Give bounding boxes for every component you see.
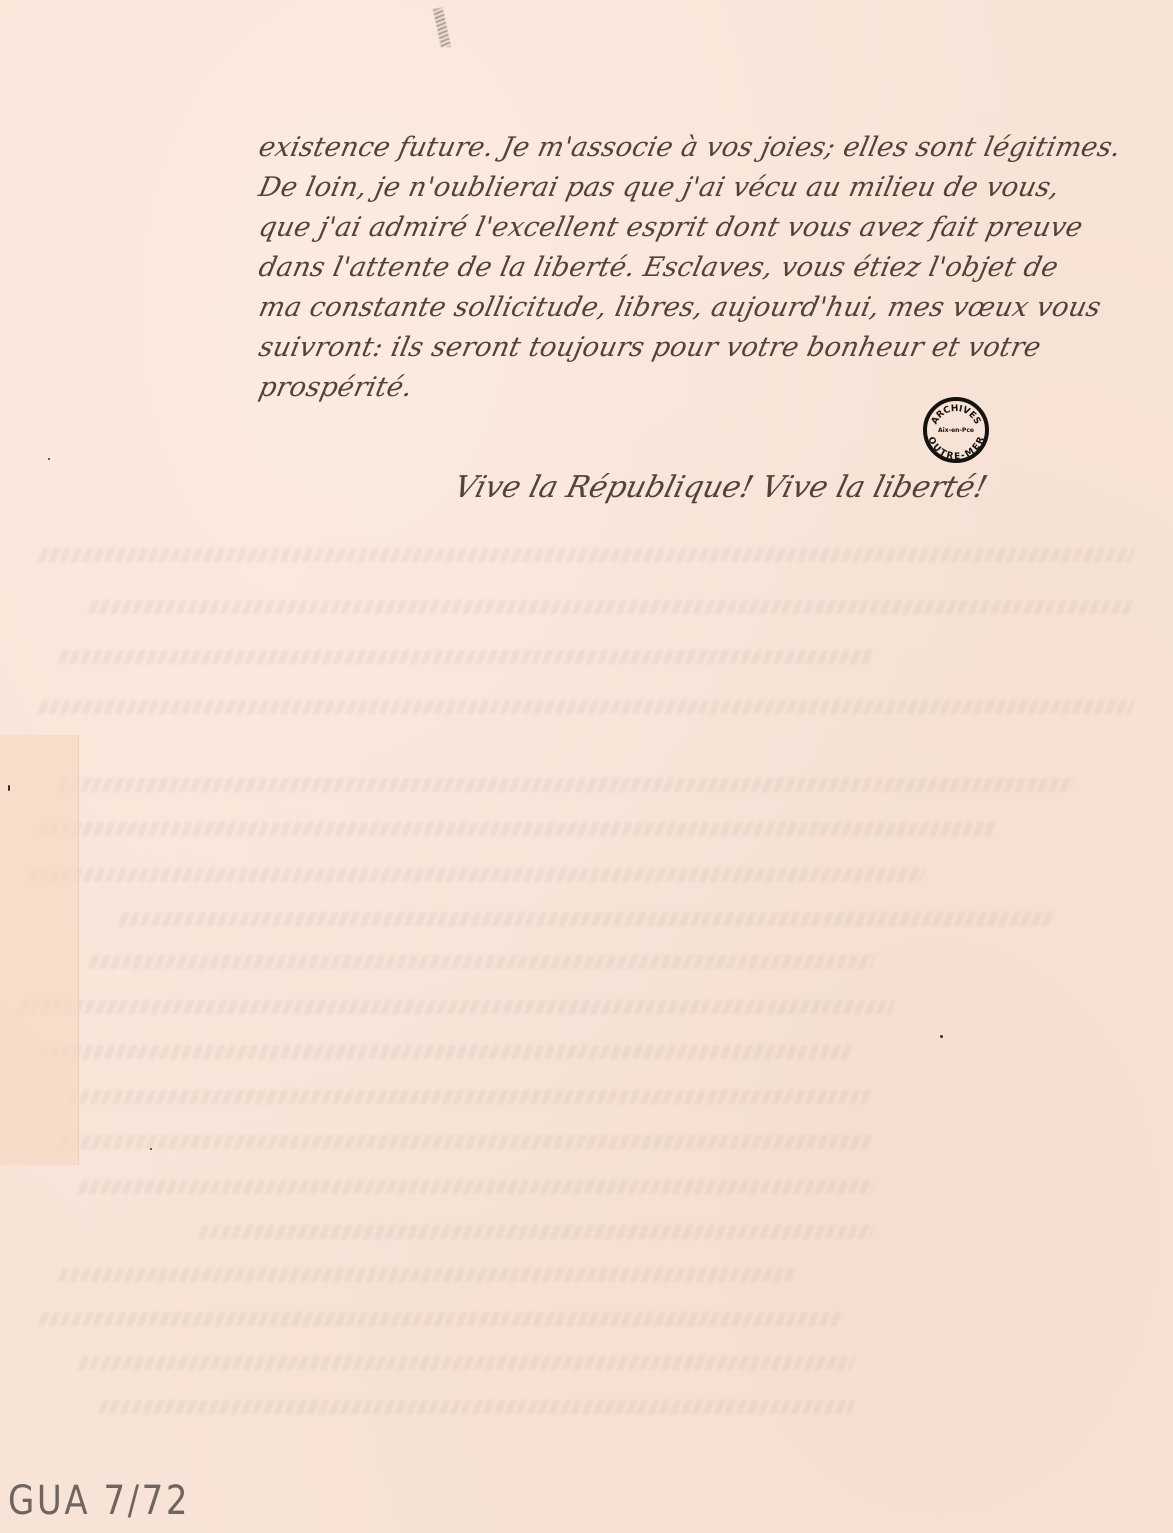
- stamp-top-text: ARCHIVES: [930, 404, 982, 426]
- paper-overlay-strip: [0, 735, 79, 1165]
- manuscript-line: que j'ai admiré l'excellent esprit dont …: [255, 208, 1173, 248]
- bleed-through-line: [37, 1312, 845, 1326]
- bleed-through-line: [117, 912, 1055, 926]
- bleed-through-line: [87, 600, 1135, 614]
- paper-speck: [48, 458, 50, 460]
- paper-speck: [940, 1035, 943, 1038]
- paper-speck: [150, 1148, 152, 1150]
- manuscript-page: existence future. Je m'associe à vos joi…: [0, 0, 1173, 1533]
- archive-call-number: GUA 7/72: [8, 1478, 190, 1524]
- bleed-through-line: [37, 700, 1135, 714]
- bleed-through-line: [197, 1225, 875, 1239]
- bleed-through-line: [67, 1090, 875, 1104]
- svg-text:ARCHIVES: ARCHIVES: [930, 404, 982, 426]
- closing-salutation: Vive la République! Vive la liberté!: [451, 470, 991, 505]
- manuscript-line: dans l'attente de la liberté. Esclaves, …: [255, 248, 1173, 288]
- bleed-through-line: [77, 1180, 875, 1194]
- ink-smudge-mark: [433, 7, 451, 48]
- bleed-through-line: [97, 1400, 855, 1414]
- manuscript-line: De loin, je n'oublierai pas que j'ai véc…: [255, 168, 1173, 208]
- bleed-through-line: [57, 650, 875, 664]
- bleed-through-line: [37, 822, 995, 836]
- bleed-through-line: [57, 778, 1075, 792]
- manuscript-body: existence future. Je m'associe à vos joi…: [255, 128, 1165, 408]
- paper-speck: [8, 785, 10, 791]
- bleed-through-line: [37, 548, 1135, 562]
- archives-outre-mer-stamp: ARCHIVES OUTRE-MER Aix-en-Pce: [923, 397, 989, 463]
- manuscript-line: ma constante sollicitude, libres, aujour…: [255, 288, 1173, 328]
- bleed-through-line: [27, 868, 925, 882]
- stamp-bottom-text: OUTRE-MER: [925, 435, 987, 462]
- bleed-through-line: [57, 1268, 795, 1282]
- bleed-through-line: [17, 1000, 895, 1014]
- bleed-through-line: [57, 1135, 875, 1149]
- stamp-center-text: Aix-en-Pce: [938, 427, 974, 434]
- manuscript-line: existence future. Je m'associe à vos joi…: [255, 128, 1173, 168]
- bleed-through-line: [37, 1045, 855, 1059]
- manuscript-line: prospérité.: [255, 368, 1173, 408]
- bleed-through-line: [87, 955, 875, 969]
- svg-text:OUTRE-MER: OUTRE-MER: [925, 435, 987, 462]
- bleed-through-line: [77, 1356, 855, 1370]
- manuscript-line: suivront: ils seront toujours pour votre…: [255, 328, 1173, 368]
